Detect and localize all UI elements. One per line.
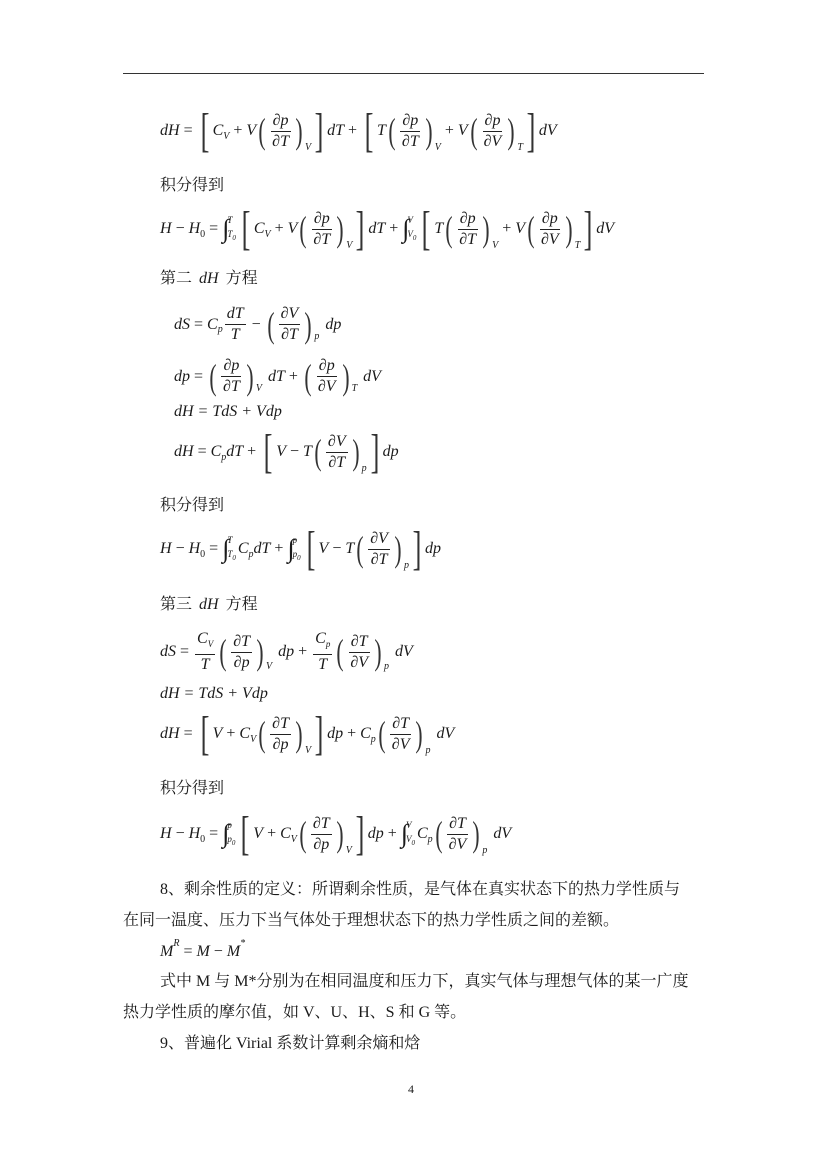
second-text: 第二: [160, 270, 192, 287]
equation-dh-second: dH=CpdT+ [V−T (∂V∂T)p ]dp: [174, 428, 399, 476]
integrate-label-1: 积分得到: [160, 178, 224, 194]
page-number: 4: [408, 1082, 414, 1097]
equation-h-integral-1: H−H0= ∫TT0 [CV+V (∂p∂T)V ]dT+ ∫VV0 [T (∂…: [160, 205, 614, 253]
header-rule: [123, 73, 704, 74]
fangcheng-text-2: 方程: [226, 596, 258, 613]
equation-h-integral-3: H−H0= ∫pp0 [V+CV (∂T∂p)V ]dp+ ∫VV0 Cp (∂…: [160, 810, 511, 858]
equation-ds-second: dS=Cp dTT− (∂V∂T)p dp: [174, 305, 341, 344]
paragraph-8-line-2: 在同一温度、压力下当气体处于理想状态下的热力学性质之间的差额。: [123, 913, 619, 929]
fangcheng-text: 方程: [226, 270, 258, 287]
equation-dh-third: dH= [V+CV (∂T∂p)V ]dp+Cp (∂T∂V)p dV: [160, 710, 454, 758]
third-text: 第三: [160, 596, 192, 613]
integrate-label-3: 积分得到: [160, 781, 224, 797]
equation-dp: dp= (∂p∂T)V dT+ (∂p∂V)T dV: [174, 357, 381, 396]
equation-ds-third: dS= CVT (∂T∂p)V dp+ CpT (∂T∂V)p dV: [160, 630, 413, 674]
paragraph-note-line-1: 式中 M 与 M*分别为在相同温度和压力下，真实气体与理想气体的某一广度: [160, 974, 688, 990]
integrate-label-2: 积分得到: [160, 498, 224, 514]
equation-dh-first: dH= [ CV+V (∂p∂T)V ]dT+ [T (∂p∂T)V +V (∂…: [160, 107, 557, 155]
third-dh-label: 第三 dH 方程: [160, 597, 258, 613]
equation-h-integral-2: H−H0= ∫TT0 CpdT+ ∫pp0 [V−T (∂V∂T)p ]dp: [160, 525, 441, 573]
paragraph-8-line-1: 8、剩余性质的定义：所谓剩余性质，是气体在真实状态下的热力学性质与: [160, 882, 680, 898]
paragraph-9: 9、普遍化 Virial 系数计算剩余熵和焓: [160, 1036, 420, 1052]
equation-dh-tds-2: dH = TdS + Vdp: [160, 686, 268, 702]
equation-dh-tds-1: dH = TdS + Vdp: [174, 404, 282, 420]
second-dh-label: 第二 dH 方程: [160, 271, 258, 287]
equation-residual: MR=M−M*: [160, 944, 245, 960]
paragraph-note-line-2: 热力学性质的摩尔值，如 V、U、H、S 和 G 等。: [123, 1005, 466, 1021]
